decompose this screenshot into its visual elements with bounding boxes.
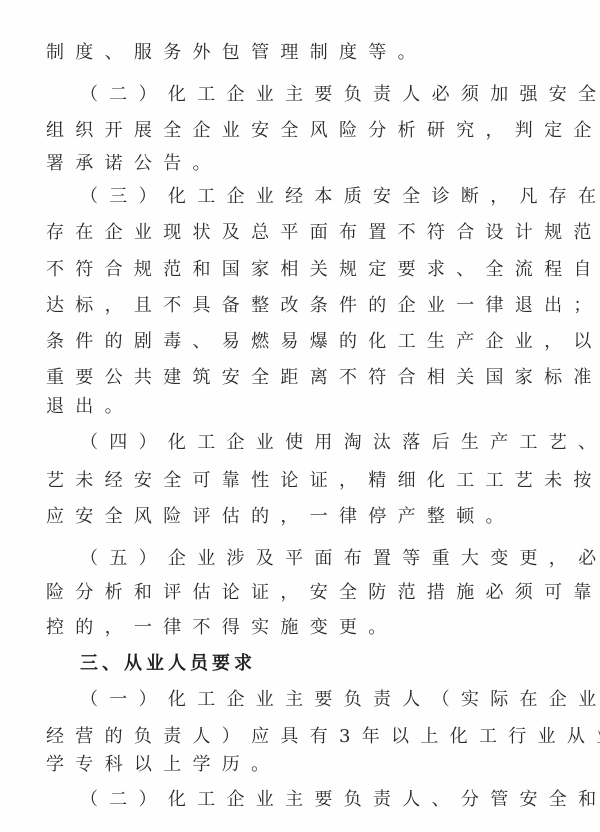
text-line: 存在企业现状及总平面布置不符合设计规范、自动控制系统 xyxy=(46,222,556,244)
paragraph-item-5-start: （五）企业涉及平面布置等重大变更，必须进行安全风 xyxy=(80,548,590,570)
paragraph-item-1-start: （一）化工企业主要负责人（实际在企业全面管理生产 xyxy=(80,689,590,711)
document-page: 制度、服务外包管理制度等。 （二）化工企业主要负责人必须加强安全风险辨识管控， … xyxy=(0,0,600,832)
text-line: 条件的剧毒、易燃易爆的化工生产企业，以及重大危险源与 xyxy=(46,331,556,353)
paragraph-item-2b-start: （二）化工企业主要负责人、分管安全和生产的负责人 xyxy=(80,789,590,811)
paragraph-item-2-start: （二）化工企业主要负责人必须加强安全风险辨识管控， xyxy=(80,84,590,106)
text-line: 艺未经安全可靠性论证，精细化工工艺未按国家规定进行反 xyxy=(46,470,556,492)
section-heading: 三、从业人员要求 xyxy=(80,653,590,675)
text-line: 学专科以上学历。 xyxy=(46,754,556,776)
text-line: 经营的负责人）应具有3年以上化工行业从业经历，具备大 xyxy=(46,726,556,748)
text-line: 制度、服务外包管理制度等。 xyxy=(46,42,556,64)
text-line: 署承诺公告。 xyxy=(46,153,556,175)
text-line: 不符合规范和国家相关规定要求、全流程自动化控制改造不 xyxy=(46,259,556,281)
paragraph-item-3-start: （三）化工企业经本质安全诊断，凡存在重大安全隐患、 xyxy=(80,186,590,208)
paragraph-item-4-start: （四）化工企业使用淘汰落后生产工艺、设备，生产工 xyxy=(80,432,590,454)
text-line: 达标，且不具备整改条件的企业一律退出；不具备安全生产 xyxy=(46,295,556,317)
text-line: 组织开展全企业安全风险分析研究，判定企业安全风险，签 xyxy=(46,120,556,142)
text-line: 退出。 xyxy=(46,396,556,418)
text-line: 应安全风险评估的，一律停产整顿。 xyxy=(46,506,556,528)
text-line: 重要公共建筑安全距离不符合相关国家标准的企业一律 xyxy=(46,367,556,389)
text-line: 控的，一律不得实施变更。 xyxy=(46,617,556,639)
text-line: 险分析和评估论证，安全防范措施必须可靠。安全风险不可 xyxy=(46,582,556,604)
